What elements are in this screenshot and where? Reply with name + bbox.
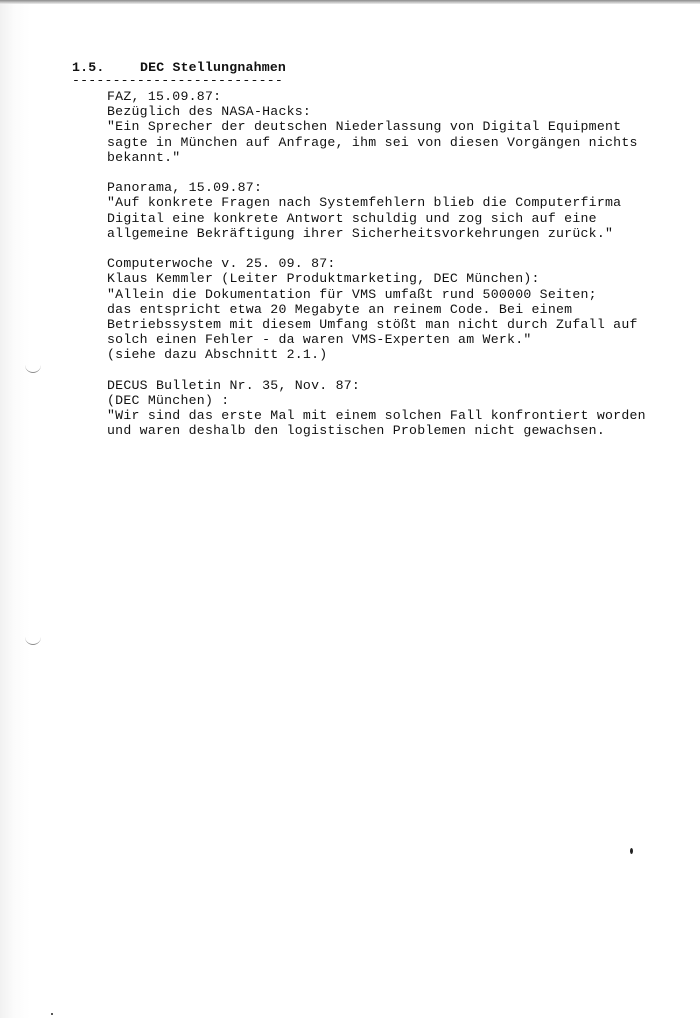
entry-line: (siehe dazu Abschnitt 2.1.) [107, 347, 646, 362]
entry-line: Betriebssystem mit diesem Umfang stößt m… [107, 317, 646, 332]
entry-line: "Auf konkrete Fragen nach Systemfehlern … [107, 195, 646, 210]
entry-line: allgemeine Bekräftigung ihrer Sicherheit… [107, 226, 646, 241]
document-body: FAZ, 15.09.87: Bezüglich des NASA-Hacks:… [107, 89, 646, 454]
entry-faz: FAZ, 15.09.87: Bezüglich des NASA-Hacks:… [107, 89, 646, 165]
entry-line: Bezüglich des NASA-Hacks: [107, 104, 646, 119]
scan-speck [51, 1013, 53, 1015]
entry-line: sagte in München auf Anfrage, ihm sei vo… [107, 135, 646, 150]
entry-line: bekannt." [107, 150, 646, 165]
entry-line: Klaus Kemmler (Leiter Produktmarketing, … [107, 271, 646, 286]
entry-decus: DECUS Bulletin Nr. 35, Nov. 87: (DEC Mün… [107, 378, 646, 439]
scan-speck [630, 848, 633, 854]
entry-source: FAZ, 15.09.87: [107, 89, 646, 104]
entry-line: (DEC München) : [107, 393, 646, 408]
punch-hole-mark [25, 364, 41, 373]
entry-line: und waren deshalb den logistischen Probl… [107, 423, 646, 438]
entry-panorama: Panorama, 15.09.87: "Auf konkrete Fragen… [107, 180, 646, 241]
entry-computerwoche: Computerwoche v. 25. 09. 87: Klaus Kemml… [107, 256, 646, 362]
entry-line: Digital eine konkrete Antwort schuldig u… [107, 211, 646, 226]
scanned-page: 1.5.DEC Stellungnahmen -----------------… [0, 0, 700, 1018]
section-underline: -------------------------- [72, 74, 283, 88]
entry-line: "Allein die Dokumentation für VMS umfaßt… [107, 287, 646, 302]
entry-line: solch einen Fehler - da waren VMS-Expert… [107, 332, 646, 347]
entry-line: das entspricht etwa 20 Megabyte an reine… [107, 302, 646, 317]
entry-source: Computerwoche v. 25. 09. 87: [107, 256, 646, 271]
punch-hole-mark [25, 636, 41, 645]
scan-top-edge [0, 0, 700, 4]
entry-line: "Wir sind das erste Mal mit einem solche… [107, 408, 646, 423]
entry-source: DECUS Bulletin Nr. 35, Nov. 87: [107, 378, 646, 393]
entry-source: Panorama, 15.09.87: [107, 180, 646, 195]
entry-line: "Ein Sprecher der deutschen Niederlassun… [107, 119, 646, 134]
